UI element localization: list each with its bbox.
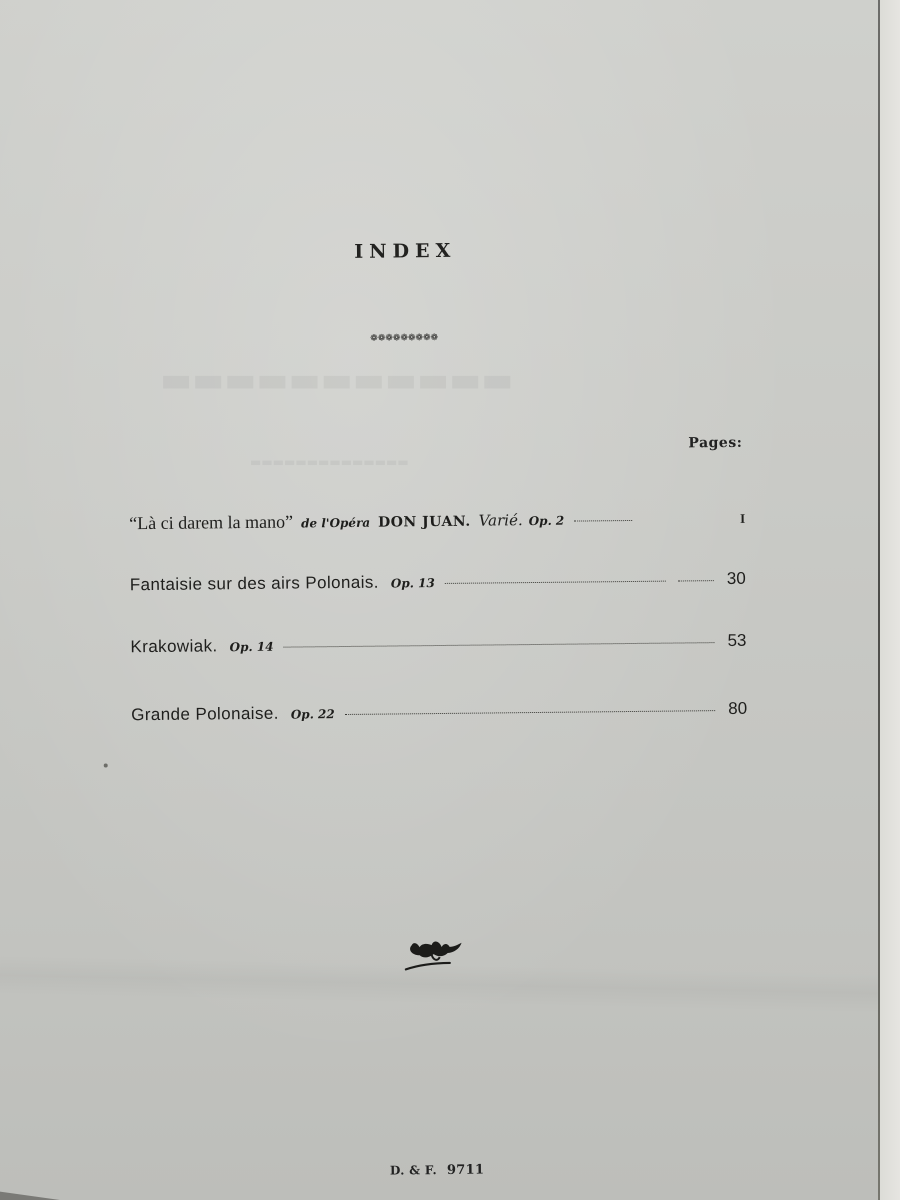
entry-variation: Varié.: [479, 511, 523, 529]
entry-source-label: de l'Opéra: [301, 516, 370, 531]
publisher-initials: D. & F.: [390, 1163, 437, 1177]
index-entry: Grande Polonaise. Op. 22 80: [131, 699, 747, 725]
entry-title: Fantaisie sur des airs Polonais.: [130, 573, 379, 596]
plate-number: 9711: [447, 1163, 485, 1178]
dot-leader: [445, 583, 714, 587]
underlying-page: [880, 0, 900, 1200]
index-entry: Fantaisie sur des airs Polonais. Op. 13 …: [130, 569, 746, 595]
index-entry: Krakowiak. Op. 14 53: [130, 631, 746, 657]
page-title: INDEX: [354, 240, 456, 263]
plate-imprint: D. & F.9711: [390, 1163, 484, 1179]
entry-opus: Op. 14: [230, 640, 274, 654]
ornament-divider-icon: ❁❁❁❁❁❁❁❁❁: [370, 333, 438, 344]
entry-page-number: 30: [722, 569, 746, 589]
entry-page-number: 80: [723, 699, 747, 719]
entry-title: “Là ci darem la mano”: [129, 512, 293, 535]
entry-page-number: I: [721, 511, 745, 527]
index-entry: “Là ci darem la mano” de l'Opéra DON JUA…: [129, 507, 745, 534]
entry-opera: DON JUAN.: [378, 514, 471, 531]
entry-title: Grande Polonaise.: [131, 704, 279, 726]
entry-title: Krakowiak.: [130, 636, 217, 657]
entry-opus: Op. 13: [391, 576, 435, 590]
dot-leader: [345, 710, 715, 715]
index-page: INDEX ❁❁❁❁❁❁❁❁❁ Pages: “Là ci darem la m…: [0, 0, 884, 1200]
pages-column-header: Pages:: [688, 435, 742, 452]
paper-speck: [104, 763, 108, 767]
entry-page-number: 53: [722, 631, 746, 651]
dot-leader: [574, 520, 632, 522]
entry-opus: Op. 2: [529, 514, 565, 528]
dot-leader: [284, 642, 715, 648]
floral-vignette-icon: [404, 935, 466, 972]
entry-opus: Op. 22: [291, 707, 335, 721]
